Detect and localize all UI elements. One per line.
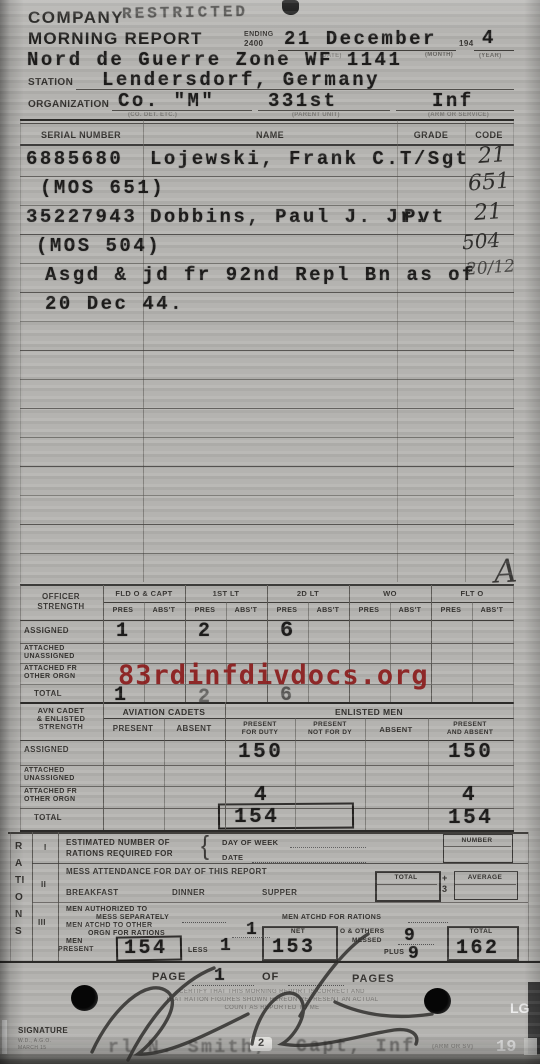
officer-group: FLD O & CAPT <box>115 589 172 598</box>
row-label-other-orgn: OTHER ORGN <box>24 673 75 680</box>
sub-pnfd-1: PRESENT <box>313 721 347 728</box>
sub-pfd-1: PRESENT <box>243 721 277 728</box>
roster-name: Dobbins, Paul J. Jr. <box>150 206 428 228</box>
row-label-attached-fr: ATTACHED FR <box>24 788 77 795</box>
col-header-grade: GRADE <box>414 130 449 140</box>
row-label-attached: ATTACHED <box>24 767 65 774</box>
org-parent-value: 331st <box>268 90 338 112</box>
roster-serial: (MOS 504) <box>36 235 161 257</box>
abst-label: ABS'T <box>481 607 504 614</box>
page-label: PAGE <box>152 971 186 983</box>
others-line-1: O & OTHERS <box>340 928 384 935</box>
row-label-total: TOTAL <box>34 813 62 822</box>
rule <box>0 961 540 963</box>
pres-label: PRES <box>195 607 216 614</box>
roster-code-hand: 21 <box>477 142 507 169</box>
sub-em-absent: ABSENT <box>379 725 412 734</box>
page-number: 1 <box>214 966 227 986</box>
rule <box>20 466 514 467</box>
row-label-other-orgn: OTHER ORGN <box>24 796 75 803</box>
men-atchd-other-1: MEN ATCHD TO OTHER <box>66 922 152 929</box>
officer-group: FLT O <box>460 589 483 598</box>
col-header-code: CODE <box>475 130 503 140</box>
brace-glyph: { <box>201 832 209 863</box>
cert-line-3: COUNT AS REPORTED TO ME <box>224 1005 319 1011</box>
rations-total-label: TOTAL <box>469 928 492 935</box>
scan-artifact <box>524 1038 537 1055</box>
others-line-2: MESSED <box>352 937 382 944</box>
sub-pa-2: AND ABSENT <box>447 729 493 736</box>
pages-label: PAGES <box>352 973 395 985</box>
enlisted-attached-pa: 4 <box>462 784 477 807</box>
roster-grade: Pvt <box>404 206 446 228</box>
rule <box>20 495 514 496</box>
number-box-label: NUMBER <box>462 837 493 844</box>
row-label-unassigned: UNASSIGNED <box>24 653 75 660</box>
enlisted-total-pfd: 154 <box>234 806 279 829</box>
men-label: MEN <box>66 938 83 945</box>
org-parent-caption: (PARENT UNIT) <box>292 112 340 118</box>
divider <box>58 832 59 963</box>
divider <box>465 120 466 582</box>
net-value: 153 <box>272 936 316 959</box>
sub-pa-1: PRESENT <box>453 721 487 728</box>
col-header-serial: SERIAL NUMBER <box>41 130 121 140</box>
ending-time: 2400 <box>244 39 263 48</box>
edge-mark-lg: LG <box>510 1000 529 1016</box>
pres-label: PRES <box>359 607 380 614</box>
org-arm-value: Inf <box>432 90 474 112</box>
divider <box>428 718 429 830</box>
divider <box>472 602 473 703</box>
divider <box>513 702 514 830</box>
row-label-unassigned: UNASSIGNED <box>24 775 75 782</box>
rule <box>20 321 514 322</box>
rule <box>20 524 514 525</box>
divider <box>295 718 296 830</box>
divider <box>20 585 21 703</box>
ink-blot <box>282 0 299 15</box>
date-label: DATE <box>222 853 243 862</box>
divider <box>164 718 165 830</box>
rule <box>32 863 528 864</box>
station-label: STATION <box>28 77 73 88</box>
roster-code-hand: 651 <box>467 169 511 197</box>
divider <box>20 120 21 582</box>
rule <box>20 123 514 124</box>
mess-attendance-title: MESS ATTENDANCE FOR DAY OF THIS REPORT <box>66 867 267 876</box>
restricted-stamp: RESTRICTED <box>122 3 248 23</box>
of-label: OF <box>262 971 279 983</box>
roster-code-hand: 20/12 <box>465 256 515 279</box>
rule <box>20 379 514 380</box>
roman-ii: II <box>41 880 46 889</box>
rule <box>20 553 514 554</box>
rule <box>20 408 514 409</box>
sub-absent: ABSENT <box>176 724 211 733</box>
roster-serial: 6885680 <box>26 148 123 170</box>
officer-assigned-2dlt: 6 <box>280 618 296 643</box>
divider <box>397 120 398 582</box>
total-box-label: TOTAL <box>394 874 417 881</box>
divider <box>20 702 21 830</box>
cert-line-1: CERTIFY THAT THIS MORNING REPORT IS CORR… <box>179 989 365 995</box>
rule <box>375 884 437 885</box>
abst-label: ABS'T <box>317 607 340 614</box>
row-label-assigned: ASSIGNED <box>24 626 69 635</box>
average-box-label: AVERAGE <box>468 874 502 881</box>
rule <box>32 902 528 903</box>
men-authorized-2: MESS SEPARATELY <box>96 914 169 921</box>
rule <box>20 144 514 146</box>
row-label-assigned: ASSIGNED <box>24 745 69 754</box>
officer-group: WO <box>383 589 397 598</box>
abst-label: ABS'T <box>399 607 422 614</box>
company-label: COMPANY <box>28 8 124 28</box>
group-enlisted-men: ENLISTED MEN <box>335 707 403 717</box>
officer-assigned-fldo: 1 <box>116 620 131 643</box>
abst-label: ABS'T <box>235 607 258 614</box>
group-aviation-cadets: AVIATION CADETS <box>123 707 206 717</box>
sub-pfd-2: FOR DUTY <box>242 729 278 736</box>
enlisted-assigned-pa: 150 <box>448 741 493 764</box>
divider <box>10 832 11 963</box>
org-arm-caption: (ARM OR SERVICE) <box>428 112 489 118</box>
rule <box>454 884 516 885</box>
enlisted-assigned-pfd: 150 <box>238 741 283 764</box>
punch-hole-right <box>424 988 451 1014</box>
rule <box>20 437 514 438</box>
station-value: Lendersdorf, Germany <box>102 69 380 91</box>
supper-label: SUPPER <box>262 888 297 897</box>
rations-total-value: 162 <box>456 937 500 960</box>
year-value: 4 <box>482 27 496 49</box>
scan-bottom-strip <box>0 1054 540 1064</box>
plus-label: PLUS <box>384 949 404 956</box>
estimated-rations-1: ESTIMATED NUMBER OF <box>66 838 170 847</box>
edge-mark-19: 19 <box>496 1038 516 1057</box>
rule <box>20 765 514 766</box>
arm-caption: (ARM OR SV) <box>432 1044 473 1050</box>
scan-artifact <box>2 1020 7 1054</box>
divider <box>103 702 104 830</box>
roster-code-hand: 504 <box>461 228 501 255</box>
abst-label: ABS'T <box>153 607 176 614</box>
divider <box>103 585 104 703</box>
officer-group: 2D LT <box>297 589 319 598</box>
divider <box>528 832 529 963</box>
roman-iii: III <box>38 918 46 927</box>
net-box-label: NET <box>291 928 305 935</box>
month-caption: (MONTH) <box>425 52 453 58</box>
sub-pnfd-2: NOT FOR DY <box>308 729 352 736</box>
divider <box>431 585 432 703</box>
blank-line <box>290 846 366 848</box>
year-caption: (YEAR) <box>479 53 501 59</box>
rule <box>20 119 514 121</box>
roman-i: I <box>44 843 47 852</box>
men-authorized-1: MEN AUTHORIZED TO <box>66 906 147 913</box>
rule <box>474 50 514 51</box>
zone-line: Nord de Guerre Zone WF 1141 <box>27 49 402 71</box>
breakfast-label: BREAKFAST <box>66 888 119 897</box>
day-of-week-label: DAY OF WEEK <box>222 838 279 847</box>
officer-group: 1ST LT <box>213 589 240 598</box>
col-header-name: NAME <box>256 130 284 140</box>
men-atchd-for-rations: MEN ATCHD FOR RATIONS <box>282 914 381 921</box>
divide-sign: + <box>442 873 448 883</box>
enlisted-total-pa: 154 <box>448 807 493 830</box>
roster-serial: 35227943 <box>26 206 137 228</box>
divide-by: 3 <box>442 884 447 894</box>
pres-label: PRES <box>113 607 134 614</box>
roster-note: Asgd & jd fr 92nd Repl Bn as of <box>45 264 476 286</box>
rule <box>443 846 511 847</box>
morning-report-scan: COMPANY RESTRICTED MORNING REPORT ENDING… <box>0 0 540 1064</box>
divider <box>365 718 366 830</box>
form-id-2: MARCH 15 <box>18 1045 46 1051</box>
morning-report-label: MORNING REPORT <box>28 29 203 49</box>
present-value: 154 <box>124 937 168 960</box>
roster-note: 20 Dec 44. <box>45 293 184 315</box>
roster-name: Lojewski, Frank C. <box>150 148 400 170</box>
officer-assigned-1stlt: 2 <box>198 620 213 643</box>
roster-code-hand: 21 <box>473 199 503 226</box>
pres-label: PRES <box>441 607 462 614</box>
divider <box>513 120 514 582</box>
blank-line <box>408 921 448 923</box>
blank-line <box>182 921 226 923</box>
site-watermark: 83rdinfdivdocs.org <box>118 660 429 691</box>
rations-side-label: RATIONS <box>15 838 27 940</box>
ending-label: ENDING <box>244 31 274 38</box>
officer-title-2: STRENGTH <box>37 602 84 611</box>
enlisted-title-3: STRENGTH <box>39 722 83 731</box>
pres-label: PRES <box>277 607 298 614</box>
row-label-total: TOTAL <box>34 689 62 698</box>
punch-hole-left <box>71 985 98 1011</box>
sub-present: PRESENT <box>113 724 154 733</box>
less-value: 1 <box>220 936 233 956</box>
organization-label: ORGANIZATION <box>28 99 109 110</box>
scan-artifact-glyph: 2 <box>250 1037 272 1051</box>
dinner-label: DINNER <box>172 888 205 897</box>
rule <box>20 702 514 704</box>
roster-grade: T/Sgt <box>400 148 470 170</box>
report-date-value: 21 December <box>284 28 437 50</box>
divider <box>513 585 514 703</box>
blank-line <box>288 984 344 986</box>
org-unit-caption: (CO. DET. ETC.) <box>128 112 177 118</box>
present-label: PRESENT <box>58 946 94 953</box>
form-id-1: W.D., A.G.O. <box>18 1038 51 1044</box>
estimated-rations-2: RATIONS REQUIRED FOR <box>66 849 173 858</box>
less-label: LESS <box>188 947 208 954</box>
divider <box>225 702 226 830</box>
row-label-attached: ATTACHED <box>24 645 65 652</box>
divider <box>32 832 33 963</box>
cert-line-2: THAT RATION FIGURES SHOWN HEREON REPRESE… <box>165 997 378 1003</box>
org-unit-value: Co. "M" <box>118 90 215 112</box>
row-label-attached-fr: ATTACHED FR <box>24 665 77 672</box>
year-prefix: 194 <box>459 39 474 48</box>
officer-title-1: OFFICER <box>42 592 80 601</box>
signature-label: SIGNATURE <box>18 1026 68 1035</box>
rule <box>20 350 514 351</box>
roster-serial: (MOS 651) <box>40 177 165 199</box>
